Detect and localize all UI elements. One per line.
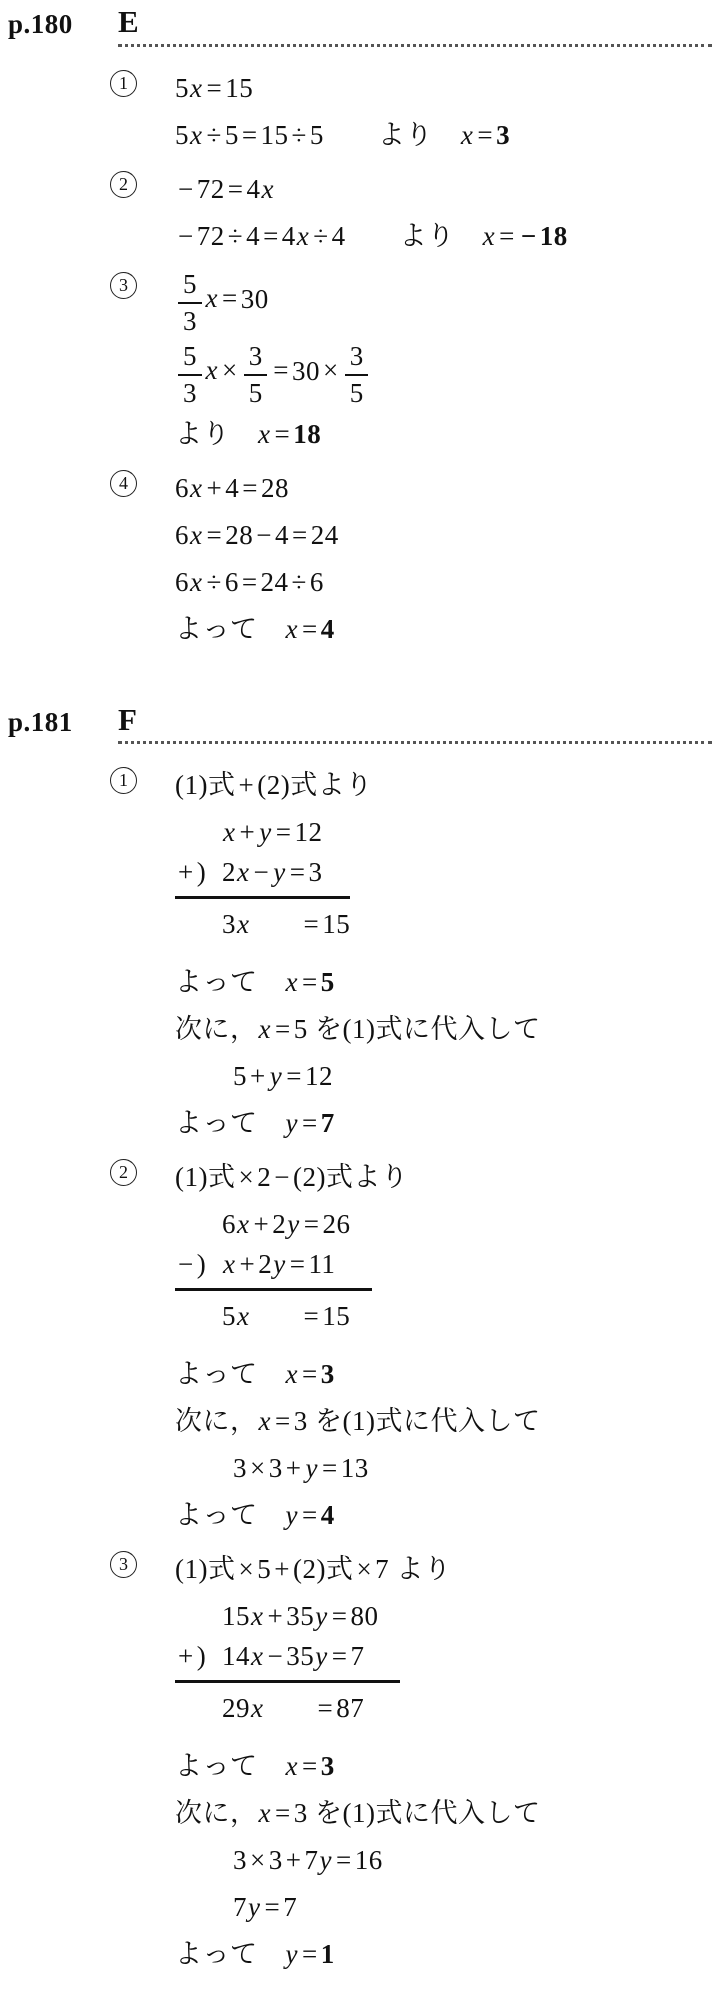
- section-header: p.181F: [118, 704, 712, 745]
- math-text: よって: [175, 967, 258, 997]
- math-text: 6x÷6=24÷6: [175, 567, 324, 597]
- variable: x: [260, 174, 274, 204]
- operator: ×: [219, 355, 241, 385]
- item-number-badge: 4: [110, 470, 137, 497]
- item-body: 6x+4=286x=28−4=246x÷6=24÷6よってx=4: [175, 461, 720, 656]
- equation-row: +)14x−35y=7: [175, 1636, 378, 1676]
- math-text: よって: [175, 1359, 258, 1389]
- fraction-denominator: 5: [244, 376, 268, 407]
- math-line: よってx=3: [175, 1354, 720, 1394]
- variable: x: [257, 419, 271, 449]
- operator: =: [299, 1108, 321, 1138]
- math-line: 53x×35=30×35: [175, 342, 720, 407]
- variable: x: [258, 1014, 272, 1044]
- operator-prefix: [175, 1204, 222, 1244]
- equation: 15x+35y=80: [222, 1596, 378, 1636]
- equation: 2x−y=3: [222, 852, 322, 892]
- variable: x: [189, 120, 203, 150]
- math-text: =15: [300, 1296, 350, 1336]
- operator: ÷: [225, 221, 246, 251]
- operator: +: [250, 1209, 272, 1239]
- math-text: よって: [175, 1500, 258, 1530]
- math-text: y=: [285, 1500, 321, 1530]
- operator: −: [264, 1641, 286, 1671]
- math-text: x=: [257, 419, 293, 449]
- operator-prefix: −): [175, 1244, 222, 1284]
- equation: 6x+2y=26: [222, 1204, 350, 1244]
- spacer: [258, 990, 285, 991]
- answer-value: 5: [321, 967, 335, 997]
- math-line: 6x+4=28: [175, 468, 720, 508]
- variable: x: [189, 473, 203, 503]
- answer-value: 18: [293, 419, 321, 449]
- equation-row: −)x+2y=11: [175, 1244, 350, 1284]
- operator: =: [301, 1209, 323, 1239]
- answer-value: −18: [518, 221, 568, 251]
- math-text: 次に，x=5 を(1)式に代入して: [175, 1014, 540, 1044]
- elimination-block: 15x+35y=80+)14x−35y=729x=87: [175, 1596, 400, 1728]
- fraction-numerator: 5: [178, 270, 202, 304]
- math-line: 53x=30: [175, 270, 720, 335]
- operator: =: [474, 120, 496, 150]
- math-line: よってx=3: [175, 1746, 720, 1786]
- operator: ÷: [310, 221, 331, 251]
- solution-document: p.180E15x=155x÷5=15÷5よりx=32−72=4x−72÷4=4…: [0, 0, 720, 1999]
- operator: ÷: [289, 120, 310, 150]
- operator: =: [239, 473, 261, 503]
- math-text: 2x−y=3: [222, 857, 322, 887]
- math-text: x+y=12: [222, 817, 322, 847]
- math-text: 6x=28−4=24: [175, 520, 339, 550]
- variable: y: [247, 1892, 261, 1922]
- variable: x: [250, 1641, 264, 1671]
- equation-row: 6x+2y=26: [175, 1204, 350, 1244]
- answer-value: 3: [321, 1359, 335, 1389]
- equation: 14x−35y=7: [222, 1636, 364, 1676]
- operator: ×: [247, 1453, 269, 1483]
- item-number-badge: 1: [110, 767, 137, 794]
- fraction-numerator: 3: [345, 342, 369, 376]
- fraction: 53: [178, 342, 202, 407]
- operator: =: [300, 1301, 322, 1331]
- math-text: −): [175, 1249, 206, 1279]
- answer-value: 3: [496, 120, 510, 150]
- math-line: よってy=1: [175, 1934, 720, 1974]
- variable: x: [189, 520, 203, 550]
- operator: ×: [235, 1554, 257, 1584]
- item-number-badge: 3: [110, 272, 137, 299]
- math-text: よって: [175, 1939, 258, 1969]
- operator: =: [314, 1693, 336, 1723]
- variable: x: [285, 1751, 299, 1781]
- operator: ÷: [203, 120, 224, 150]
- variable: x: [258, 1798, 272, 1828]
- variable: y: [272, 1249, 286, 1279]
- operator: =: [270, 355, 292, 385]
- variable: y: [314, 1641, 328, 1671]
- math-line: (1)式×2−(2)式より: [175, 1157, 720, 1197]
- operator: =: [300, 909, 322, 939]
- operator: =: [496, 221, 518, 251]
- math-line: −72=4x: [175, 169, 720, 209]
- spacer: [258, 637, 285, 638]
- operator-prefix: [175, 812, 222, 852]
- elimination-line: x+y=12+)2x−y=33x=15: [175, 812, 720, 955]
- elimination-stack: x+y=12+)2x−y=3: [175, 812, 350, 899]
- operator: =: [273, 817, 295, 847]
- math-text: 7y=7: [233, 1892, 297, 1922]
- spacer: [346, 244, 400, 245]
- operator: =: [299, 1359, 321, 1389]
- item-body: 53x=3053x×35=30×35よりx=18: [175, 263, 720, 461]
- variable: x: [205, 283, 219, 313]
- section-E: p.180E15x=155x÷5=15÷5よりx=32−72=4x−72÷4=4…: [0, 6, 720, 656]
- operator: =: [272, 1014, 294, 1044]
- operator: =: [203, 73, 225, 103]
- operator: +: [283, 1845, 305, 1875]
- item-body: (1)式×2−(2)式より6x+2y=26−)x+2y=115x=15よってx=…: [175, 1150, 720, 1542]
- page-label: p.180: [8, 9, 73, 40]
- operator: =: [272, 1798, 294, 1828]
- math-text: よって: [175, 1751, 258, 1781]
- operator: =: [299, 1751, 321, 1781]
- item-body: 5x=155x÷5=15÷5よりx=3: [175, 61, 720, 162]
- math-text: (1)式×2−(2)式より: [175, 1162, 408, 1192]
- operator: ×: [320, 355, 342, 385]
- operator-prefix: +): [175, 852, 222, 892]
- item-number-badge: 1: [110, 70, 137, 97]
- math-text: x×: [205, 355, 241, 385]
- alignment-gap: [250, 904, 300, 944]
- math-line: 6x=28−4=24: [175, 515, 720, 555]
- operator: =: [289, 520, 311, 550]
- math-text: 5x: [222, 1296, 250, 1336]
- item-body: (1)式×5+(2)式×7 より15x+35y=80+)14x−35y=729x…: [175, 1542, 720, 1981]
- alignment-gap: [264, 1688, 314, 1728]
- math-text: x+2y=11: [222, 1249, 335, 1279]
- elimination-block: x+y=12+)2x−y=33x=15: [175, 812, 350, 944]
- variable: x: [236, 1209, 250, 1239]
- solution-item: 3(1)式×5+(2)式×7 より15x+35y=80+)14x−35y=729…: [110, 1542, 720, 1981]
- math-line: 次に，x=5 を(1)式に代入して: [175, 1009, 720, 1049]
- math-text: =87: [314, 1688, 364, 1728]
- math-text: x=: [482, 221, 518, 251]
- math-text: 3×3+7y=16: [233, 1845, 383, 1875]
- operator: +: [247, 1061, 269, 1091]
- math-text: x=: [285, 614, 321, 644]
- math-text: x=: [285, 967, 321, 997]
- math-text: 5x=15: [175, 73, 253, 103]
- math-text: =15: [300, 904, 350, 944]
- operator-prefix: [175, 1296, 222, 1336]
- item-body: (1)式+(2)式よりx+y=12+)2x−y=33x=15よってx=5次に，x…: [175, 758, 720, 1150]
- math-text: x=: [460, 120, 496, 150]
- math-line: 5x=15: [175, 68, 720, 108]
- alignment-gap: [250, 1296, 300, 1336]
- solutions-container: p.180E15x=155x÷5=15÷5よりx=32−72=4x−72÷4=4…: [0, 6, 720, 1981]
- item-number-badge: 3: [110, 1551, 137, 1578]
- operator: =: [203, 520, 225, 550]
- variable: x: [285, 614, 299, 644]
- variable: x: [285, 967, 299, 997]
- math-text: −72=4x: [175, 174, 275, 204]
- equation-row: x+y=12: [175, 812, 328, 852]
- operator: =: [299, 967, 321, 997]
- fraction-numerator: 5: [178, 342, 202, 376]
- math-line: よりx=18: [175, 414, 720, 454]
- section-F: p.181F1(1)式+(2)式よりx+y=12+)2x−y=33x=15よって…: [0, 704, 720, 1982]
- spacer: [258, 1962, 285, 1963]
- spacer: [258, 1523, 285, 1524]
- operator: +: [175, 857, 197, 887]
- operator: =: [283, 1061, 305, 1091]
- spacer: [433, 143, 460, 144]
- operator: =: [261, 1892, 283, 1922]
- operator: =: [272, 1406, 294, 1436]
- operator: =: [219, 283, 241, 313]
- math-line: 次に，x=3 を(1)式に代入して: [175, 1793, 720, 1833]
- variable: y: [285, 1108, 299, 1138]
- math-text: =30×: [270, 355, 341, 385]
- variable: x: [236, 909, 250, 939]
- elimination-stack: 15x+35y=80+)14x−35y=7: [175, 1596, 400, 1683]
- variable: x: [189, 73, 203, 103]
- item-number-badge: 2: [110, 171, 137, 198]
- math-text: 次に，x=3 を(1)式に代入して: [175, 1406, 540, 1436]
- operator: −: [175, 1249, 197, 1279]
- math-line: よってx=4: [175, 609, 720, 649]
- operator: =: [299, 614, 321, 644]
- solution-item: 1(1)式+(2)式よりx+y=12+)2x−y=33x=15よってx=5次に，…: [110, 758, 720, 1150]
- math-text: よって: [175, 614, 258, 644]
- answer-value: 4: [321, 1500, 335, 1530]
- variable: x: [222, 817, 236, 847]
- variable: x: [285, 1359, 299, 1389]
- math-text: x=: [285, 1751, 321, 1781]
- equation-row: +)2x−y=3: [175, 852, 328, 892]
- operator: =: [287, 1249, 309, 1279]
- math-text: (1)式+(2)式より: [175, 770, 373, 800]
- operator: +: [235, 770, 257, 800]
- operator: =: [239, 567, 261, 597]
- sum-row: 3x=15: [175, 904, 350, 944]
- spacer: [455, 244, 482, 245]
- variable: x: [205, 355, 219, 385]
- operator: ×: [247, 1845, 269, 1875]
- operator: ×: [235, 1162, 257, 1192]
- answer-value: 4: [321, 614, 335, 644]
- operator: ×: [353, 1554, 375, 1584]
- fraction: 35: [244, 342, 268, 407]
- math-text: x=: [285, 1359, 321, 1389]
- variable: x: [189, 567, 203, 597]
- solution-item: 46x+4=286x=28−4=246x÷6=24÷6よってx=4: [110, 461, 720, 656]
- equation: x+y=12: [222, 812, 322, 852]
- operator: −: [518, 221, 540, 251]
- math-text: 6x+4=28: [175, 473, 289, 503]
- spacer: [230, 442, 257, 443]
- math-text: +): [175, 857, 206, 887]
- math-text: 29x: [222, 1688, 264, 1728]
- operator: =: [260, 221, 282, 251]
- operator: =: [329, 1641, 351, 1671]
- operator-prefix: [175, 1688, 222, 1728]
- spacer: [258, 1774, 285, 1775]
- operator: −: [175, 174, 197, 204]
- variable: x: [250, 1601, 264, 1631]
- spacer: [324, 143, 378, 144]
- variable: y: [318, 1845, 332, 1875]
- variable: y: [269, 1061, 283, 1091]
- operator: −: [253, 520, 275, 550]
- math-line: よってy=7: [175, 1103, 720, 1143]
- solution-item: 15x=155x÷5=15÷5よりx=3: [110, 61, 720, 162]
- math-text: より: [378, 120, 433, 150]
- equation-row: 15x+35y=80: [175, 1596, 378, 1636]
- math-line: 6x÷6=24÷6: [175, 562, 720, 602]
- operator: +: [175, 1641, 197, 1671]
- variable: x: [296, 221, 310, 251]
- operator: =: [225, 174, 247, 204]
- math-text: より: [400, 221, 455, 251]
- operator: −: [175, 221, 197, 251]
- operator: +: [283, 1453, 305, 1483]
- operator: +: [264, 1601, 286, 1631]
- variable: x: [258, 1406, 272, 1436]
- math-line: よってy=4: [175, 1495, 720, 1535]
- math-text: 3x: [222, 904, 250, 944]
- operator: =: [333, 1845, 355, 1875]
- operator: =: [287, 857, 309, 887]
- math-line: 3×3+y=13: [175, 1448, 720, 1488]
- variable: y: [286, 1209, 300, 1239]
- operator: =: [299, 1939, 321, 1969]
- operator: =: [329, 1601, 351, 1631]
- operator: =: [239, 120, 261, 150]
- fraction-numerator: 3: [244, 342, 268, 376]
- math-text: 3×3+y=13: [233, 1453, 369, 1483]
- fraction-denominator: 5: [345, 376, 369, 407]
- variable: x: [222, 1249, 236, 1279]
- operator: =: [299, 1500, 321, 1530]
- elimination-stack: 6x+2y=26−)x+2y=11: [175, 1204, 372, 1291]
- answer-value: 1: [321, 1939, 335, 1969]
- math-text: 5+y=12: [233, 1061, 333, 1091]
- section-letter: E: [118, 6, 139, 39]
- math-text: y=: [285, 1939, 321, 1969]
- item-body: −72=4x−72÷4=4x÷4よりx=−18: [175, 162, 720, 263]
- math-text: 14x−35y=7: [222, 1641, 364, 1671]
- operator-prefix: +): [175, 1636, 222, 1676]
- elimination-line: 15x+35y=80+)14x−35y=729x=87: [175, 1596, 720, 1739]
- fraction: 53: [178, 270, 202, 335]
- variable: y: [314, 1601, 328, 1631]
- variable: x: [236, 857, 250, 887]
- math-text: x=30: [205, 283, 269, 313]
- math-text: より: [175, 419, 230, 449]
- math-text: 次に，x=3 を(1)式に代入して: [175, 1798, 540, 1828]
- variable: y: [304, 1453, 318, 1483]
- operator-prefix: [175, 904, 222, 944]
- operator: −: [250, 857, 272, 887]
- variable: x: [460, 120, 474, 150]
- math-text: 5x÷5=15÷5: [175, 120, 324, 150]
- math-line: 5x÷5=15÷5よりx=3: [175, 115, 720, 155]
- operator: −: [271, 1162, 293, 1192]
- equation: x+2y=11: [222, 1244, 335, 1284]
- operator: =: [319, 1453, 341, 1483]
- operator: +: [271, 1554, 293, 1584]
- spacer: [258, 1382, 285, 1383]
- spacer: [258, 1131, 285, 1132]
- math-line: (1)式×5+(2)式×7 より: [175, 1549, 720, 1589]
- fraction-denominator: 3: [178, 376, 202, 407]
- variable: y: [285, 1939, 299, 1969]
- operator: +: [203, 473, 225, 503]
- section-header: p.180E: [118, 6, 712, 47]
- solution-item: 2(1)式×2−(2)式より6x+2y=26−)x+2y=115x=15よってx…: [110, 1150, 720, 1542]
- math-text: 6x+2y=26: [222, 1209, 350, 1239]
- solution-item: 2−72=4x−72÷4=4x÷4よりx=−18: [110, 162, 720, 263]
- math-line: よってx=5: [175, 962, 720, 1002]
- sum-row: 5x=15: [175, 1296, 372, 1336]
- answer-value: 7: [321, 1108, 335, 1138]
- elimination-line: 6x+2y=26−)x+2y=115x=15: [175, 1204, 720, 1347]
- variable: x: [482, 221, 496, 251]
- page-label: p.181: [8, 707, 73, 738]
- operator: ÷: [289, 567, 310, 597]
- section-letter: F: [118, 704, 137, 737]
- operator: =: [271, 419, 293, 449]
- item-number-badge: 2: [110, 1159, 137, 1186]
- variable: x: [236, 1301, 250, 1331]
- math-text: y=: [285, 1108, 321, 1138]
- math-line: 次に，x=3 を(1)式に代入して: [175, 1401, 720, 1441]
- math-line: (1)式+(2)式より: [175, 765, 720, 805]
- answer-value: 3: [321, 1751, 335, 1781]
- fraction-denominator: 3: [178, 304, 202, 335]
- variable: x: [250, 1693, 264, 1723]
- math-text: −72÷4=4x÷4: [175, 221, 346, 251]
- operator: +: [236, 817, 258, 847]
- math-line: 3×3+7y=16: [175, 1840, 720, 1880]
- variable: y: [285, 1500, 299, 1530]
- operator: +: [236, 1249, 258, 1279]
- math-line: 5+y=12: [175, 1056, 720, 1096]
- operator-prefix: [175, 1596, 222, 1636]
- solution-item: 353x=3053x×35=30×35よりx=18: [110, 263, 720, 461]
- elimination-block: 6x+2y=26−)x+2y=115x=15: [175, 1204, 372, 1336]
- math-text: +): [175, 1641, 206, 1671]
- fraction: 35: [345, 342, 369, 407]
- math-line: −72÷4=4x÷4よりx=−18: [175, 216, 720, 256]
- variable: y: [272, 857, 286, 887]
- operator: ÷: [203, 567, 224, 597]
- variable: y: [258, 817, 272, 847]
- sum-row: 29x=87: [175, 1688, 400, 1728]
- math-text: (1)式×5+(2)式×7 より: [175, 1554, 451, 1584]
- math-text: よって: [175, 1108, 258, 1138]
- math-text: 15x+35y=80: [222, 1601, 378, 1631]
- math-line: 7y=7: [175, 1887, 720, 1927]
